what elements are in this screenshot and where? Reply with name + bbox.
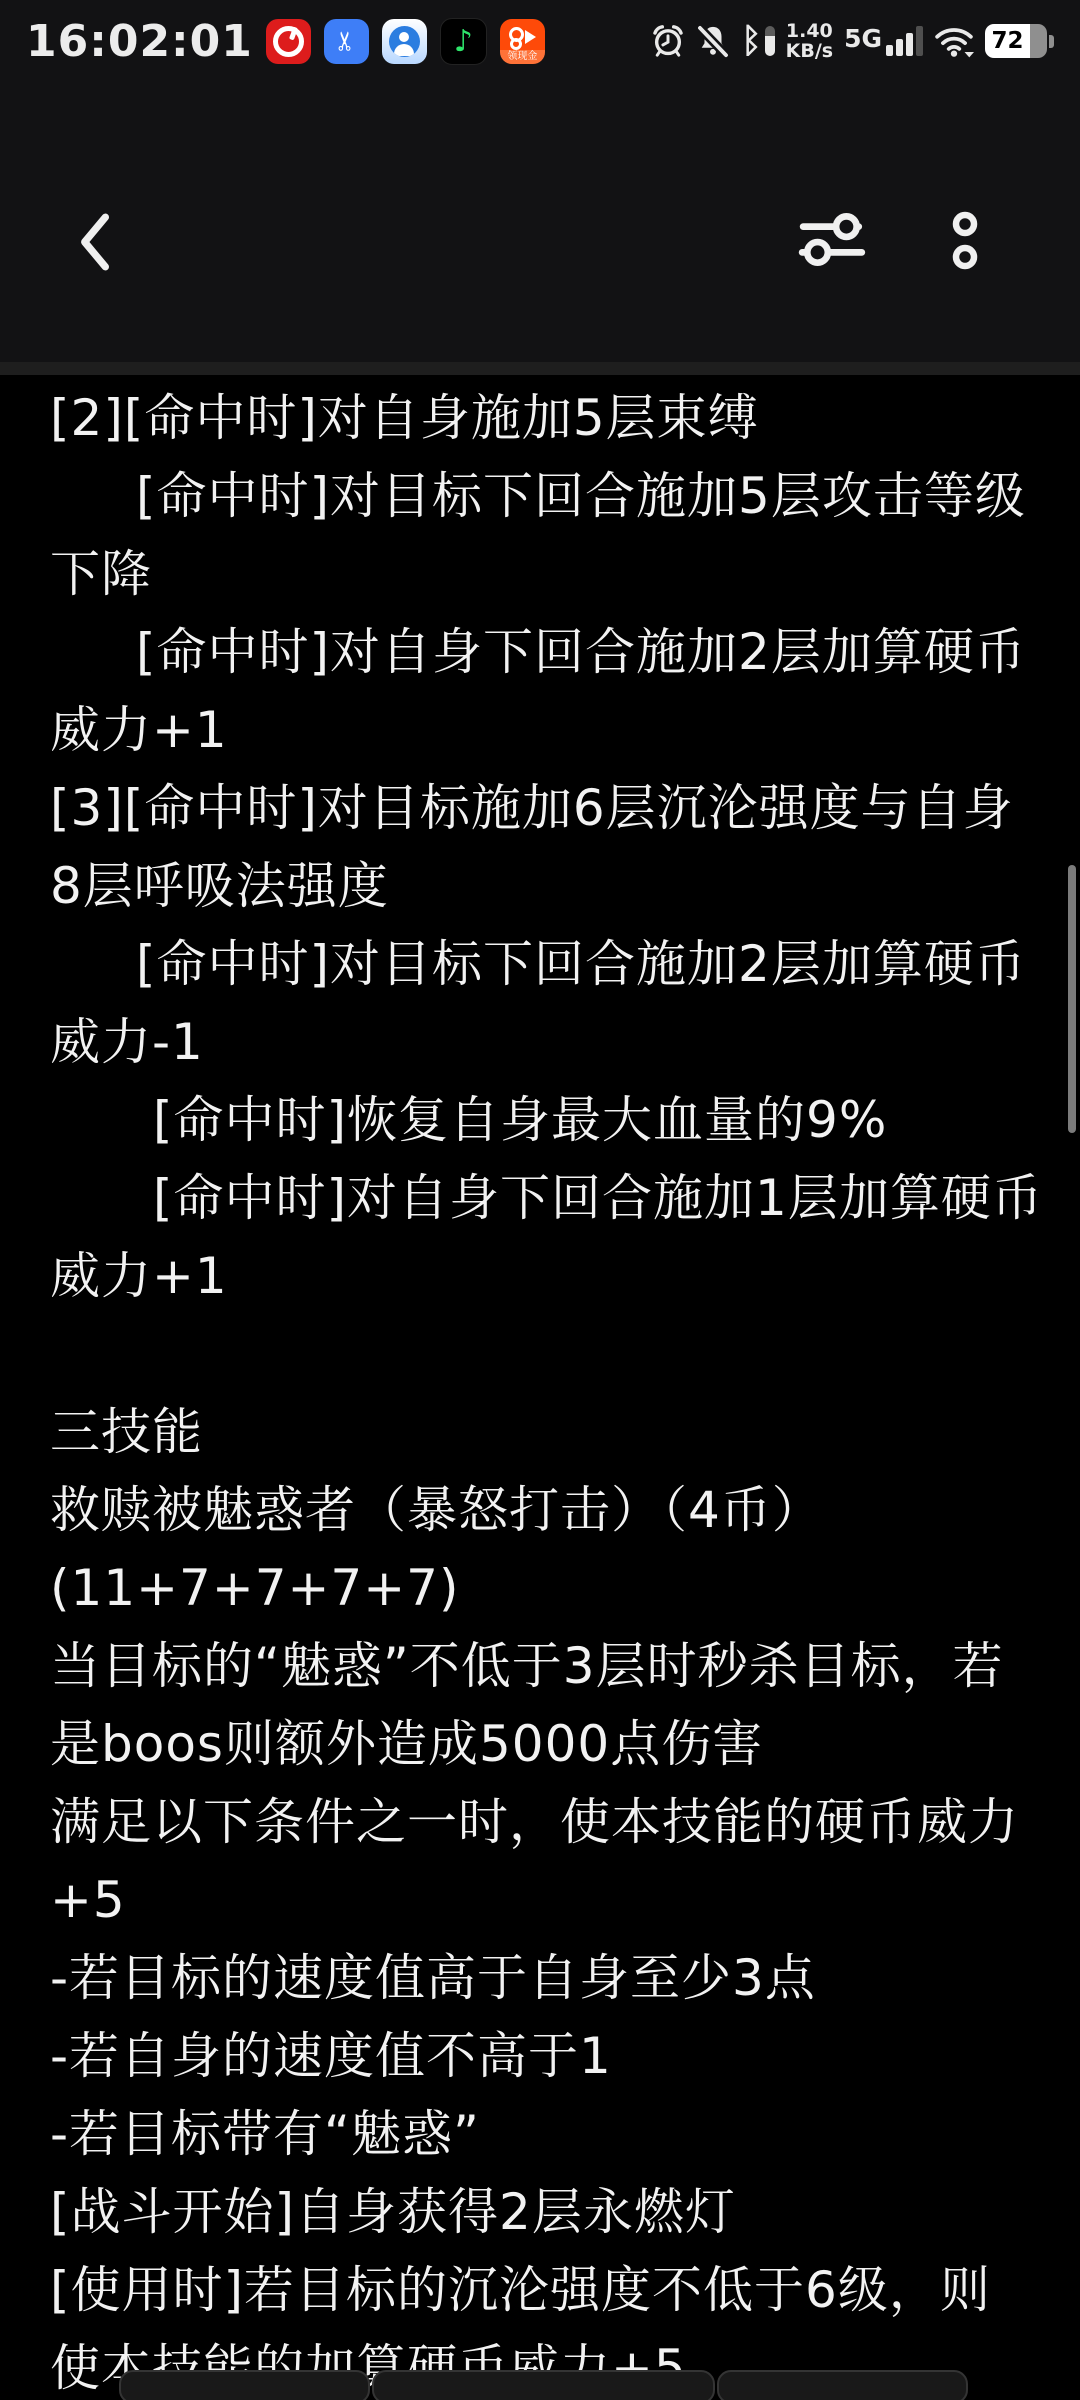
text-line: 救赎被魅惑者（暴怒打击）（4币） <box>50 1471 1044 1549</box>
video-camera-glyph <box>509 27 536 47</box>
alarm-icon <box>651 24 685 58</box>
text-line: 威力-1 <box>50 1003 1044 1081</box>
text-line: [命中时]对目标下回合施加5层攻击等级 <box>50 457 1044 535</box>
text-line: 威力+1 <box>50 1237 1044 1315</box>
battery-indicator: 72 <box>985 24 1054 58</box>
cellular-signal: 5G <box>844 26 923 56</box>
wifi-icon <box>934 24 974 58</box>
text-line: 三技能 <box>50 1393 1044 1471</box>
bottom-button-3[interactable] <box>717 2370 968 2400</box>
netease-ring-glyph <box>273 26 304 57</box>
text-line: [命中时]恢复自身最大血量的9% <box>50 1081 1044 1159</box>
text-line: 8层呼吸法强度 <box>50 847 1044 925</box>
text-line: -若目标的速度值高于自身至少3点 <box>50 1939 1044 2017</box>
scrollbar-thumb[interactable] <box>1068 865 1076 1133</box>
bottom-button-1[interactable] <box>119 2370 370 2400</box>
text-line: +5 <box>50 1861 1044 1939</box>
text-line: [3][命中时]对目标施加6层沉沦强度与自身 <box>50 769 1044 847</box>
more-menu-icon[interactable] <box>948 208 982 274</box>
text-line: [命中时]对自身下回合施加2层加算硬币 <box>50 613 1044 691</box>
bottom-button-2[interactable] <box>372 2370 715 2400</box>
screen-clip-icon: ✂ <box>324 19 369 64</box>
text-line: [命中时]对自身下回合施加1层加算硬币 <box>50 1159 1044 1237</box>
text-line-blank <box>50 1315 1044 1393</box>
network-speed-unit: KB/s <box>786 41 833 61</box>
music-note-glyph: ♪ <box>454 24 473 59</box>
kuaishou-badge: 领现金 <box>500 50 545 64</box>
battery-percent: 72 <box>985 24 1030 58</box>
battery-empty-section <box>1030 24 1047 58</box>
text-line: -若目标带有“魅惑” <box>50 2095 1044 2173</box>
bluetooth-icon: ᛒ <box>741 24 774 58</box>
earbud-battery-icon <box>765 26 775 56</box>
contact-assistant-icon <box>382 19 427 64</box>
network-speed: 1.40 KB/s <box>786 21 833 61</box>
filter-icon[interactable] <box>798 210 868 268</box>
text-line: 下降 <box>50 535 1044 613</box>
status-bar: 16:02:01 ✂ ♪ 领现金 <box>0 0 1080 82</box>
person-glyph <box>389 26 420 57</box>
text-line: [命中时]对目标下回合施加2层加算硬币 <box>50 925 1044 1003</box>
notifications-muted-icon <box>696 24 730 58</box>
scissors-glyph: ✂ <box>331 30 361 52</box>
network-speed-value: 1.40 <box>786 21 833 41</box>
text-line: 满足以下条件之一时，使本技能的硬币威力 <box>50 1783 1044 1861</box>
netease-music-icon <box>266 19 311 64</box>
text-line: 当目标的“魅惑”不低于3层时秒杀目标，若 <box>50 1627 1044 1705</box>
text-line: [2][命中时]对自身施加5层束缚 <box>50 379 1044 457</box>
header-bottom-edge <box>0 362 1080 375</box>
text-line: (11+7+7+7+7) <box>50 1549 1044 1627</box>
text-line: [战斗开始]自身获得2层永燃灯 <box>50 2173 1044 2251</box>
text-line: [使用时]若目标的沉沦强度不低于6级，则 <box>50 2251 1044 2329</box>
nav-bar <box>0 82 1080 362</box>
back-icon[interactable] <box>74 212 114 272</box>
text-line: -若自身的速度值不高于1 <box>50 2017 1044 2095</box>
battery-nub <box>1049 35 1054 48</box>
skill-description-text: [2][命中时]对自身施加5层束缚 [命中时]对目标下回合施加5层攻击等级 下降… <box>0 375 1080 2400</box>
signal-bars-icon <box>886 26 923 56</box>
clock-time: 16:02:01 <box>26 16 253 67</box>
network-type-label: 5G <box>844 26 882 51</box>
music-note-icon: ♪ <box>440 18 487 65</box>
kuaishou-icon: 领现金 <box>500 19 545 64</box>
text-line: 威力+1 <box>50 691 1044 769</box>
text-line: 是boos则额外造成5000点伤害 <box>50 1705 1044 1783</box>
